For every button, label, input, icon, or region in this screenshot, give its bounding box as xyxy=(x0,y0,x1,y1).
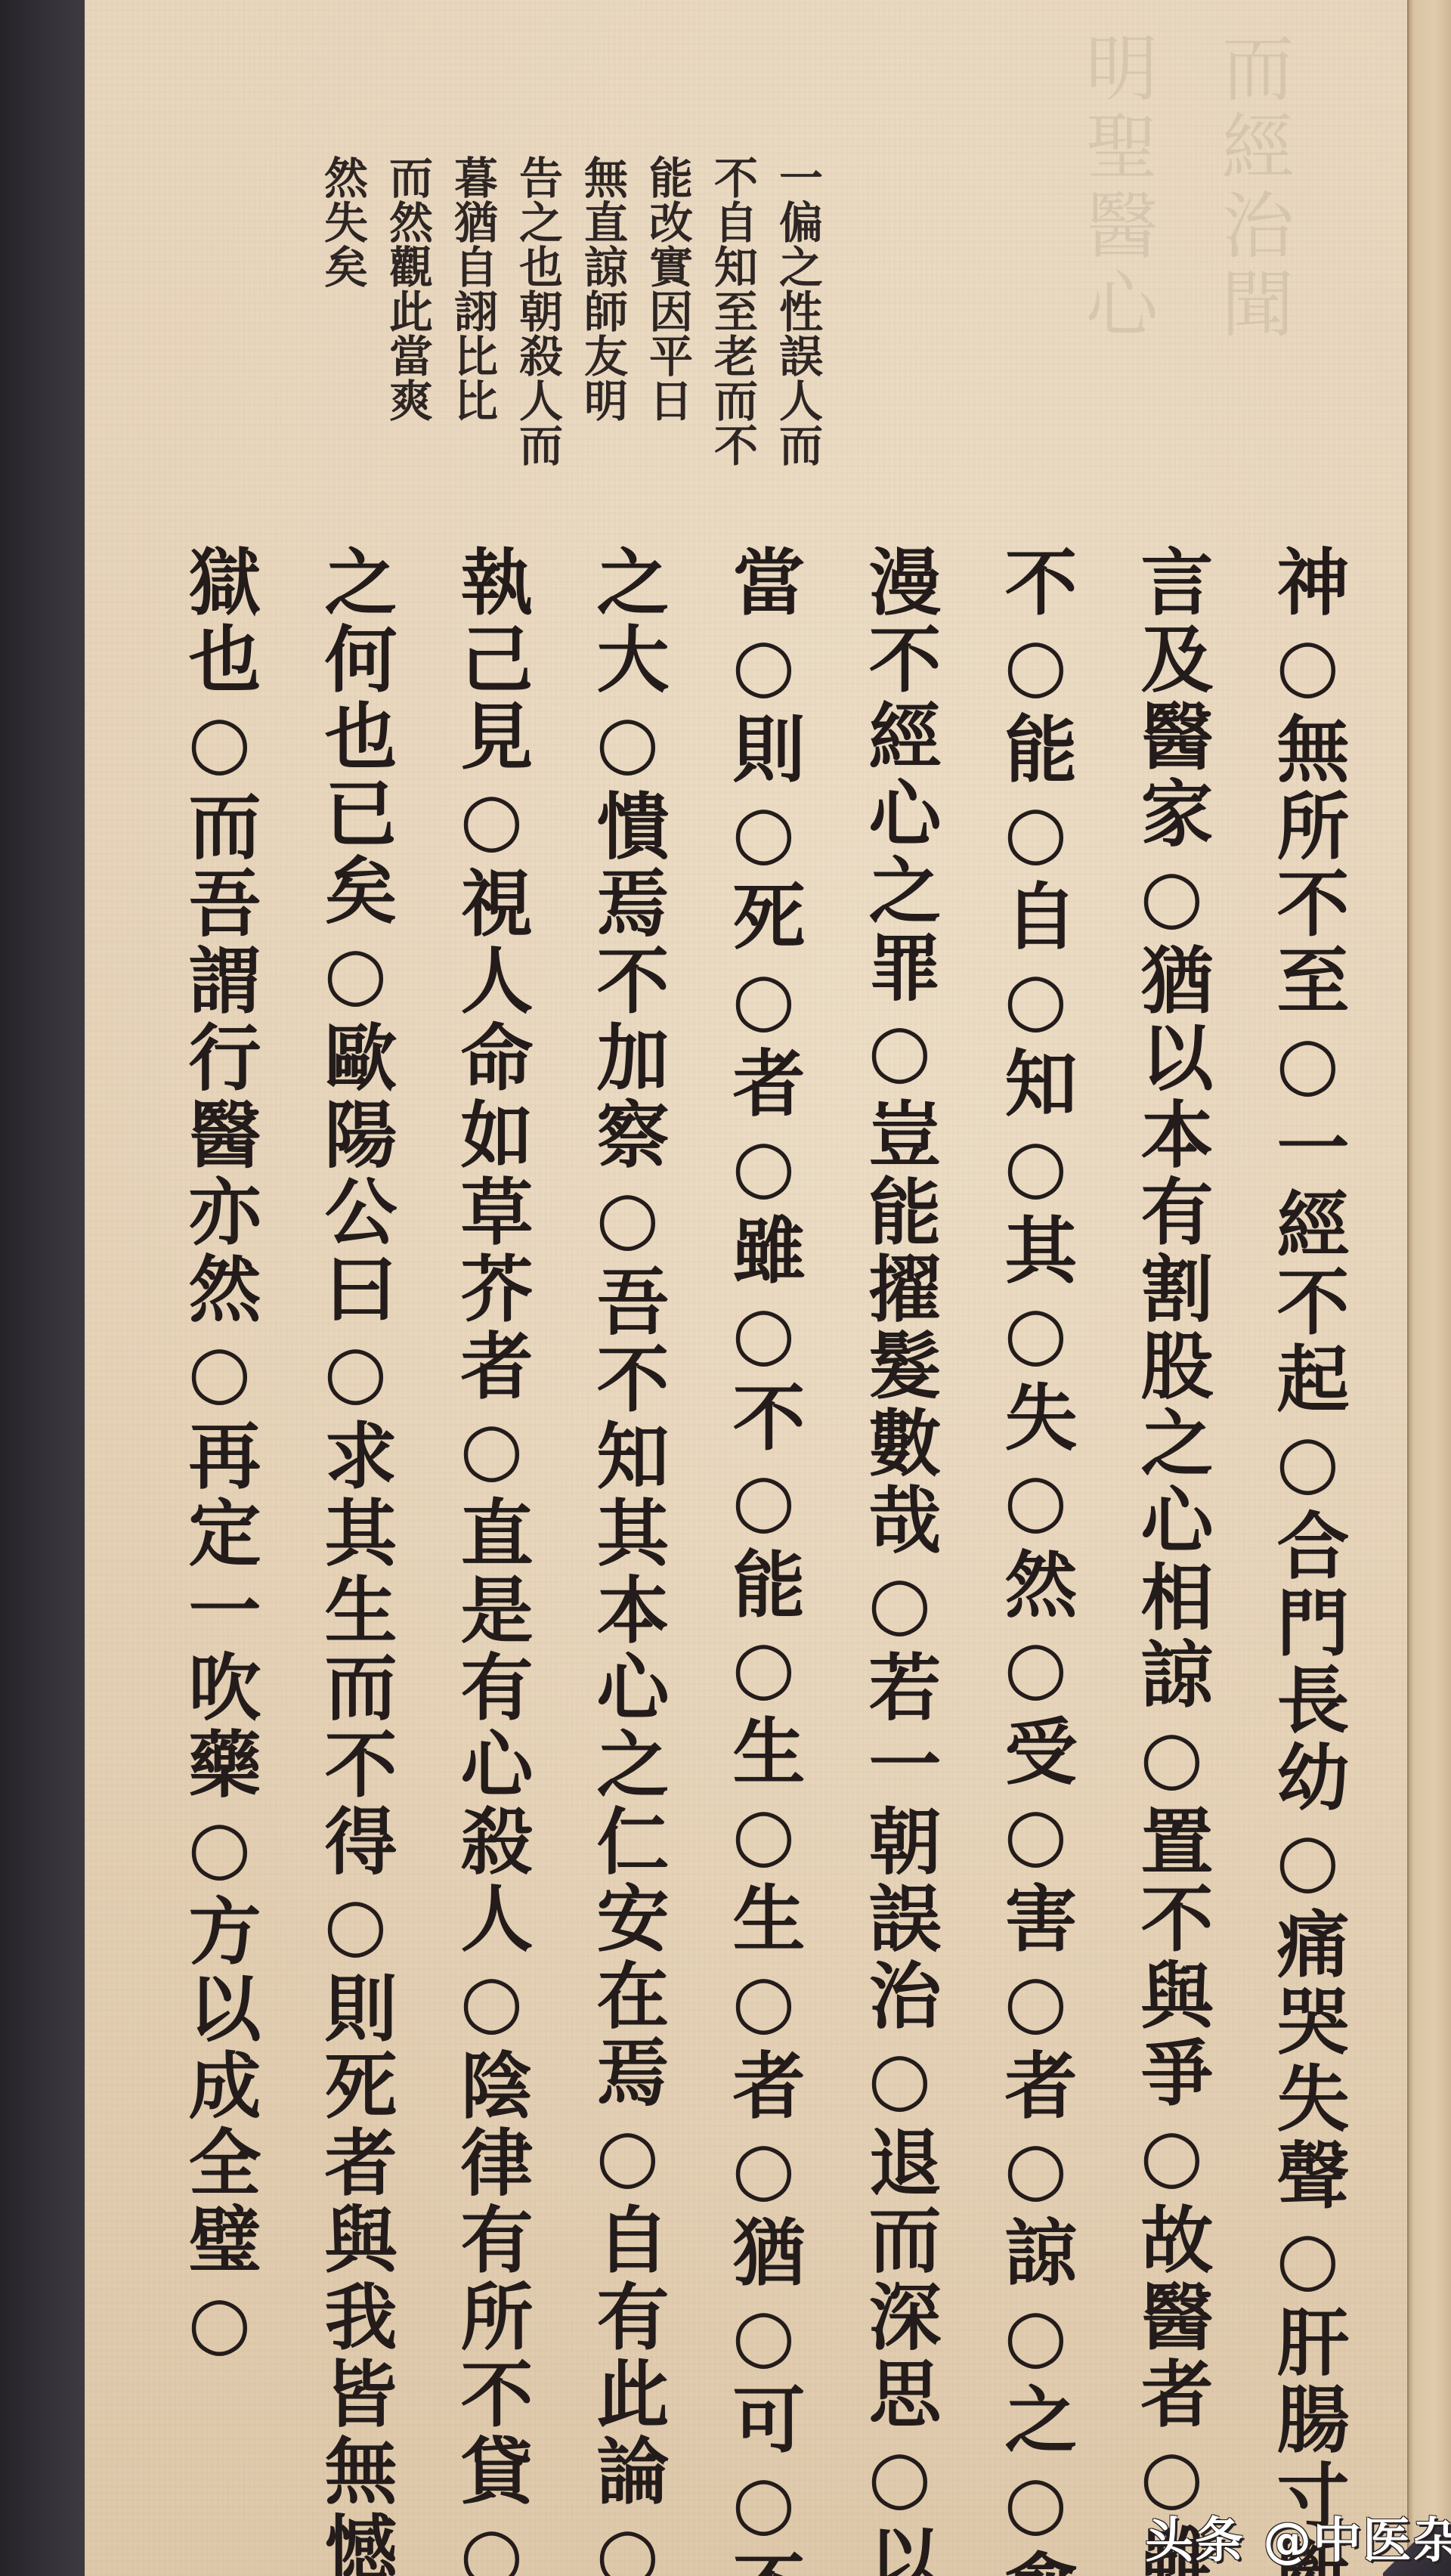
text-column-7: 執己見○視人命如草芥者○直是有心殺人○陰律有所不貸○吾亦未如 xyxy=(423,544,559,2479)
text-column-1: 神○無所不至○一經不起○合門長幼○痛哭失聲○肝腸寸斷○抱此奇慘○而 xyxy=(1239,544,1375,2479)
bleed-through-text: 明聖醫心 xyxy=(1052,30,1180,408)
text-column-5: 當○則○死○者○雖○不○能○生○生○者○猶○可○不○死○乃有始終執拗○扭於一偏○… xyxy=(695,544,831,2479)
bleed-through-text: 而經治聞 xyxy=(1188,30,1316,408)
main-text-block: 神○無所不至○一經不起○合門長幼○痛哭失聲○肝腸寸斷○抱此奇慘○而 言及醫家○猶… xyxy=(136,544,1375,2479)
annotation-column: 暮猶自詡比比 xyxy=(440,155,505,540)
page-edge-strip xyxy=(1407,0,1451,2576)
annotation-column: 然失矣 xyxy=(310,155,375,540)
book-binding xyxy=(0,0,85,2576)
annotation-column: 不自知至老而不 xyxy=(700,155,765,540)
annotation-column: 一偏之性誤人而 xyxy=(765,155,830,540)
text-column-2: 言及醫家○猶以本有割股之心相諒○置不與爭○故醫者○雖○殺○多○人○終 xyxy=(1103,544,1239,2479)
annotation-column: 而然觀此當爽 xyxy=(375,155,440,540)
text-column-4: 漫不經心之罪○豈能擢髮數哉○若一朝誤治○退而深思○以期萬一之 xyxy=(831,544,967,2479)
text-column-6: 之大○憒焉不加察○吾不知其本心之仁安在焉○自有此論○而猶有固 xyxy=(559,544,695,2479)
text-column-3: 不○能○自○知○其○失○然○受○害○者○諒○之○愈○深○造○孽○者○積○而○愈○… xyxy=(967,544,1103,2479)
text-column-8: 之何也已矣○歐陽公曰○求其生而不得○則死者與我皆無憾焉○言治 xyxy=(287,544,423,2479)
text-column-9: 獄也○而吾謂行醫亦然○再定一吹藥○方以成全璧○ xyxy=(151,544,287,2479)
annotation-column: 告之也朝殺人而 xyxy=(505,155,570,540)
annotation-column: 無直諒師友明 xyxy=(570,155,635,540)
annotation-column: 能改實因平日 xyxy=(635,155,700,540)
annotation-block: 一偏之性誤人而 不自知至老而不 能改實因平日 無直諒師友明 告之也朝殺人而 暮猶… xyxy=(278,155,830,540)
source-watermark: 头条 @中医杂谈 xyxy=(1145,2502,1451,2571)
